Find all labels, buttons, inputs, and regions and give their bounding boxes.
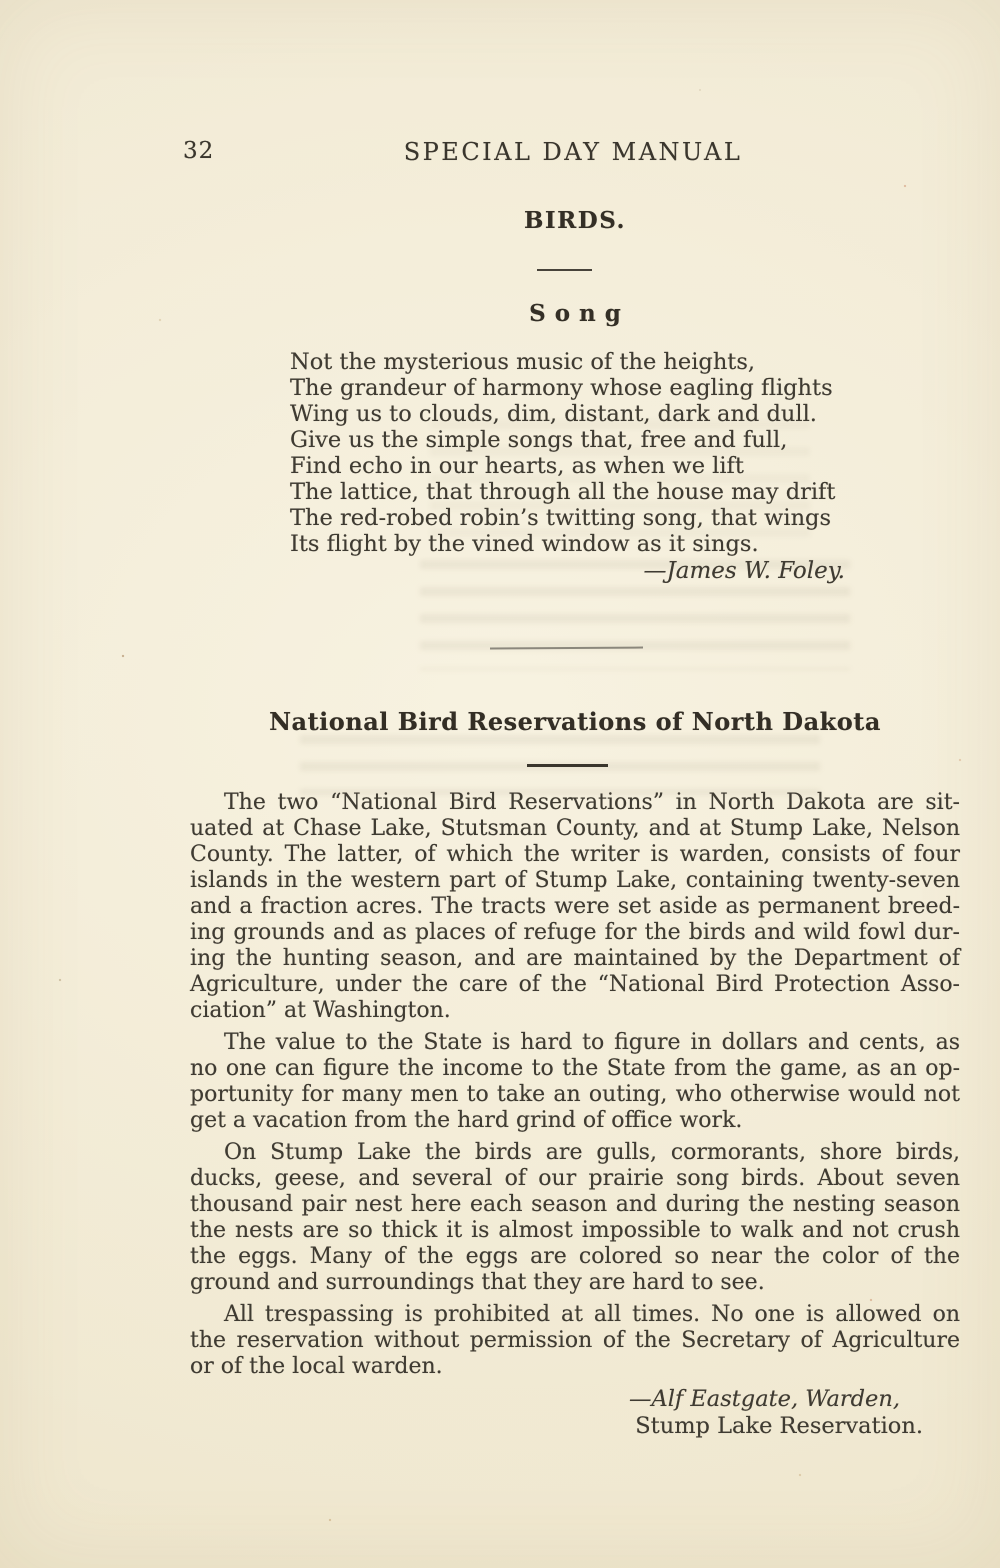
text-line: thousand pair nest here each season and …	[190, 1192, 960, 1218]
text-line: ing grounds and as places of refuge for …	[190, 920, 960, 946]
text-line: All trespassing is prohibited at all tim…	[190, 1302, 960, 1328]
poem-line: Find echo in our hearts, as when we lift	[290, 453, 835, 479]
text-line: ground and surroundings that they are ha…	[190, 1270, 960, 1296]
text-line: or of the local warden.	[190, 1354, 960, 1380]
poem-line: Not the mysterious music of the heights,	[290, 349, 835, 375]
divider-rule-under-title	[527, 764, 608, 767]
text-line: no one can figure the income to the Stat…	[190, 1056, 960, 1082]
poem-line: The red-robed robin’s twitting song, tha…	[290, 505, 835, 531]
text-line: the eggs. Many of the eggs are colored s…	[190, 1244, 960, 1270]
text-line: Agriculture, under the care of the “Nati…	[190, 972, 960, 998]
text-line: the reservation without permission of th…	[190, 1328, 960, 1354]
text-line: ing the hunting season, and are maintain…	[190, 946, 960, 972]
text-line: ciation” at Washington.	[190, 998, 960, 1024]
divider-rule-short	[537, 269, 592, 271]
poem-line: The lattice, that through all the house …	[290, 479, 835, 505]
book-page-scan: 32 SPECIAL DAY MANUAL BIRDS. Song Not th…	[0, 0, 1000, 1568]
divider-rule-middle	[490, 647, 643, 649]
poem-attribution: —James W. Foley.	[190, 558, 845, 584]
article-paragraph: On Stump Lake the birds are gulls, cormo…	[190, 1140, 960, 1296]
article-paragraph: All trespassing is prohibited at all tim…	[190, 1302, 960, 1380]
article-paragraph: The two “National Bird Reservations” in …	[190, 790, 960, 1024]
poem-line: The grandeur of harmony whose eagling fl…	[290, 375, 835, 401]
poem-body: Not the mysterious music of the heights,…	[290, 349, 835, 557]
text-line: the nests are so thick it is almost impo…	[190, 1218, 960, 1244]
section-title: BIRDS.	[190, 207, 960, 234]
text-line: portunity for many men to take an outing…	[190, 1082, 960, 1108]
poem-line: Its flight by the vined window as it sin…	[290, 531, 835, 557]
text-line: On Stump Lake the birds are gulls, cormo…	[190, 1140, 960, 1166]
running-header-title: SPECIAL DAY MANUAL	[188, 138, 958, 166]
text-line: and a fraction acres. The tracts were se…	[190, 894, 960, 920]
poem-title: Song	[190, 300, 960, 327]
signature-place: Stump Lake Reservation.	[190, 1413, 960, 1440]
text-line: islands in the western part of Stump Lak…	[190, 868, 960, 894]
text-line: get a vacation from the hard grind of of…	[190, 1108, 960, 1134]
text-line: uated at Chase Lake, Stutsman County, an…	[190, 816, 960, 842]
text-line: ducks, geese, and several of our prairie…	[190, 1166, 960, 1192]
poem-line: Give us the simple songs that, free and …	[290, 427, 835, 453]
article-paragraph: The value to the State is hard to figure…	[190, 1030, 960, 1134]
text-line: The value to the State is hard to figure…	[190, 1030, 960, 1056]
signature-author: —Alf Eastgate, Warden,	[190, 1386, 960, 1413]
article-title: National Bird Reservations of North Dako…	[190, 707, 960, 736]
running-head: 32 SPECIAL DAY MANUAL	[190, 138, 960, 166]
text-line: The two “National Bird Reservations” in …	[190, 790, 960, 816]
poem-line: Wing us to clouds, dim, distant, dark an…	[290, 401, 835, 427]
article-body: The two “National Bird Reservations” in …	[190, 790, 960, 1440]
text-line: County. The latter, of which the writer …	[190, 842, 960, 868]
article-signature: —Alf Eastgate, Warden, Stump Lake Reserv…	[190, 1386, 960, 1440]
